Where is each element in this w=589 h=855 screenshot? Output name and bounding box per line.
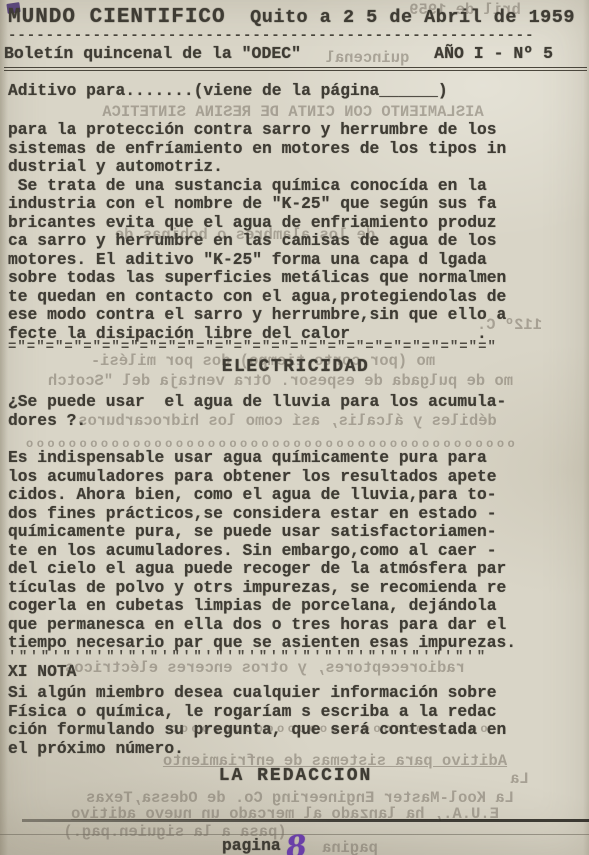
article-additive-body: para la protección contra sarro y herrum… bbox=[8, 121, 583, 343]
bulletin-subtitle: Boletín quincenal de la "ODEC" bbox=[4, 44, 301, 63]
issue-number: AÑO I - Nº 5 bbox=[434, 44, 587, 63]
typed-quote-row: '"'"'"'"'"'"'"'"'"'"'"'"'"'"'"'"'"'"'"'"… bbox=[8, 650, 583, 664]
horizontal-rule-heavy bbox=[22, 819, 589, 822]
text-line: te en los acumuladores. Sin embargo,como… bbox=[8, 542, 583, 561]
article-continuation-title: Aditivo para.......(viene de la página__… bbox=[8, 82, 583, 101]
scanned-bulletin-page: bril de 1959 quincenal AISLAMIENTO CON C… bbox=[0, 0, 589, 855]
text-line: industria con el nombre de "K-25" que se… bbox=[8, 195, 583, 214]
text-line: Física o química, le rogaríam s escriba … bbox=[8, 703, 583, 722]
text-line: del cielo el agua puede recoger de la at… bbox=[8, 560, 583, 579]
text-line: tículas de polvo y otrs impurezas, se re… bbox=[8, 579, 583, 598]
question-block: ¿Se puede usar el agua de lluvia para lo… bbox=[8, 393, 583, 430]
text-line: dustrial y automotriz. bbox=[8, 158, 583, 177]
text-line: Es indispensable usar agua químicamente … bbox=[8, 449, 583, 468]
text-line: los acumuladores para obtener los result… bbox=[8, 468, 583, 487]
signature-text: LA REDACCION bbox=[219, 766, 373, 786]
section-heading-electricidad: ELECTRICIDAD bbox=[8, 357, 583, 377]
page-number-label: pagina bbox=[222, 836, 281, 855]
dashed-rule: ----------------------------------------… bbox=[8, 29, 583, 43]
text-line: sobre todas las superficies metálicas qu… bbox=[8, 269, 583, 288]
handwritten-page-number: 8 bbox=[285, 837, 308, 855]
typed-separator: ="="="="="="="="="="="="="="="="="="="="… bbox=[8, 340, 583, 354]
text-line: dos fines prácticos,se considera estar e… bbox=[8, 505, 583, 524]
publication-title: MUNDO CIENTIFICO bbox=[8, 6, 226, 29]
text-line: químicamente pura, se puede usar satisfa… bbox=[8, 523, 583, 542]
section-heading-text: ELECTRICIDAD bbox=[222, 357, 370, 377]
text-line: el próximo número. bbox=[8, 740, 583, 759]
dateline: Quito a 2 5 de Abril de 1959 bbox=[250, 7, 583, 28]
text-line: motores. El aditivo "K-25" forma una cap… bbox=[8, 251, 583, 270]
page-footer: pagina8 bbox=[0, 836, 589, 855]
text-line: te quedan en contacto con el agua,proteg… bbox=[8, 288, 583, 307]
nota-label-text: XI NOTA bbox=[8, 663, 583, 682]
text-line: bricantes evita que el agua de enfriamie… bbox=[8, 214, 583, 233]
text-line: sistemas de enfríamiento en motores de l… bbox=[8, 140, 583, 159]
text-line: ca sarro y herrumbre en las camisas de a… bbox=[8, 232, 583, 251]
text-line: Si algún miembro desea cualquier informa… bbox=[8, 684, 583, 703]
text-line: Se trata de una sustancia química conocí… bbox=[8, 177, 583, 196]
nota-body: Si algún miembro desea cualquier informa… bbox=[8, 684, 583, 758]
page-content: MUNDO CIENTIFICO Quito a 2 5 de Abril de… bbox=[0, 0, 589, 855]
signature-row: LA REDACCION bbox=[8, 766, 583, 786]
text-line: cogerla en cubetas limpias de porcelana,… bbox=[8, 597, 583, 616]
text-line: para la protección contra sarro y herrum… bbox=[8, 121, 583, 140]
text-line: ese modo contra el sarro y herrumbre,sin… bbox=[8, 306, 583, 325]
text-line: que permanesca en ella dos o tres horas … bbox=[8, 616, 583, 635]
continuation-title-line: Aditivo para.......(viene de la página__… bbox=[8, 82, 583, 101]
masthead-row: MUNDO CIENTIFICO Quito a 2 5 de Abril de… bbox=[8, 6, 583, 29]
text-line: ción formulando su pregunta, que será co… bbox=[8, 721, 583, 740]
answer-block: Es indispensable usar agua químicamente … bbox=[8, 449, 583, 653]
nota-label: XI NOTA bbox=[8, 663, 583, 682]
text-line: dores ?. bbox=[8, 412, 583, 431]
subtitle-row: Boletín quincenal de la "ODEC" AÑO I - N… bbox=[4, 44, 587, 71]
text-line: cidos. Ahora bien, como el agua de lluvi… bbox=[8, 486, 583, 505]
text-line: ¿Se puede usar el agua de lluvia para lo… bbox=[8, 393, 583, 412]
